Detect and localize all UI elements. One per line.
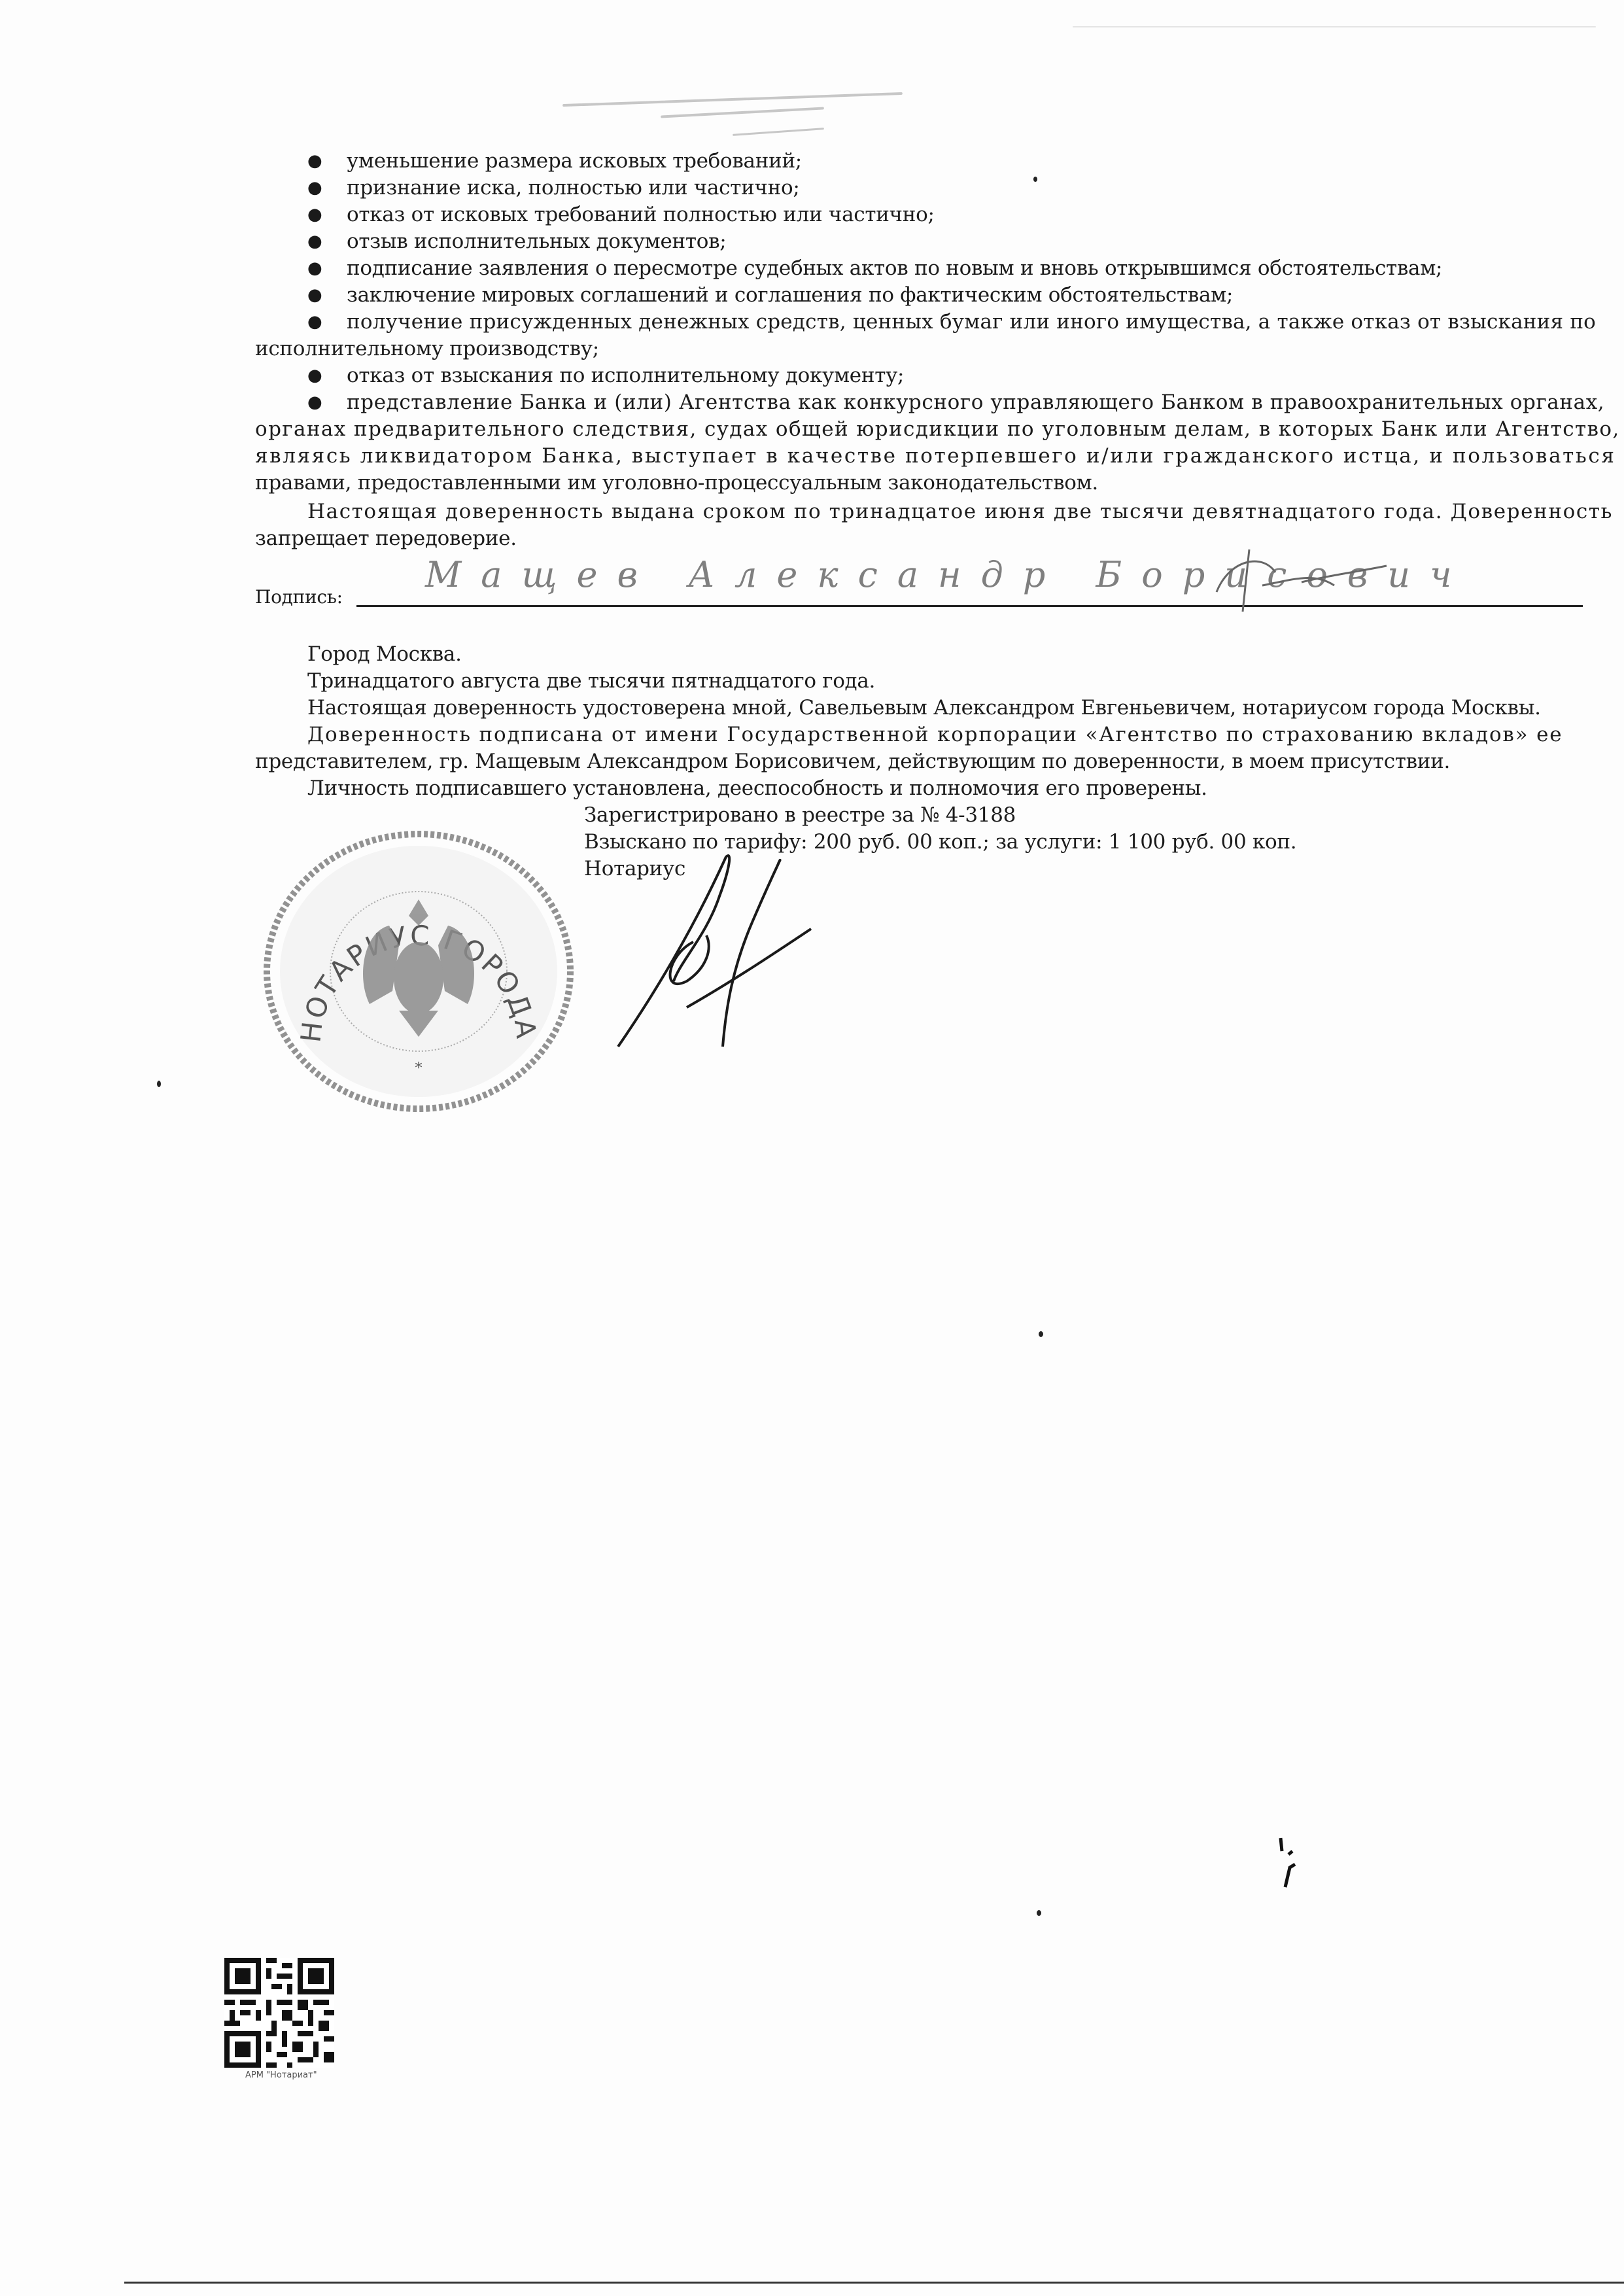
list-item: ●заключение мировых соглашений и соглаше… (307, 282, 1615, 309)
representation-line: являясь ликвидатором Банка, выступает в … (255, 443, 1624, 470)
scan-dot (1037, 1910, 1041, 1916)
list-item-continuation: исполнительному производству; (255, 336, 599, 362)
bullet-icon: ● (307, 309, 322, 336)
notary-signature-icon (615, 850, 863, 1060)
scan-artifact (1073, 26, 1596, 27)
notary-city: Город Москва. (307, 641, 462, 668)
list-item: ●отказ от исковых требований полностью и… (307, 201, 1615, 228)
notary-date: Тринадцатого августа две тысячи пятнадца… (307, 668, 875, 695)
signature-label: Подпись: (255, 583, 343, 610)
list-item: ●отзыв исполнительных документов; (307, 228, 1615, 255)
bullet-icon: ● (307, 362, 322, 389)
list-item: ●подписание заявления о пересмотре судеб… (307, 255, 1615, 282)
bullet-icon: ● (307, 201, 322, 228)
representation-line: правами, предоставленными им уголовно-пр… (255, 470, 1098, 496)
validity-text: запрещает передоверие. (255, 525, 517, 552)
qr-caption: АРМ "Нотариат" (245, 2070, 317, 2080)
bullet-icon: ● (307, 148, 322, 175)
scan-dot (157, 1081, 161, 1087)
qr-code (224, 1958, 334, 2068)
scan-artifact (733, 128, 824, 136)
scan-dot (1039, 1331, 1043, 1337)
list-item: ●уменьшение размера исковых требований; (307, 148, 1615, 175)
bullet-icon: ● (307, 389, 322, 416)
notary-signed: представителем, гр. Мащевым Александром … (255, 748, 1450, 775)
powers-list: ●уменьшение размера исковых требований; … (307, 148, 1615, 336)
scan-dot (1033, 177, 1037, 182)
signature-scribble-icon (1203, 546, 1400, 618)
bullet-icon: ● (307, 175, 322, 201)
notary-stamp: НОТАРИУС ГОРОДА МОСКВЫ САВЕЛЬЕВ А.Е. * (258, 827, 579, 1115)
notary-certified: Настоящая доверенность удостоверена мной… (307, 695, 1541, 722)
handwritten-mark-icon (1275, 1832, 1315, 1897)
list-item: ●представление Банка и (или) Агентства к… (307, 389, 1615, 416)
notary-identity: Личность подписавшего установлена, деесп… (307, 775, 1207, 802)
bullet-icon: ● (307, 282, 322, 309)
list-item: ●признание иска, полностью или частично; (307, 175, 1615, 201)
representation-line: органах предварительного следствия, суда… (255, 416, 1620, 443)
scan-artifact (661, 107, 824, 118)
bullet-icon: ● (307, 228, 322, 255)
list-item: ●получение присужденных денежных средств… (307, 309, 1615, 336)
page-bottom-edge (124, 2282, 1624, 2284)
registry-number: Зарегистрировано в реестре за № 4-3188 (584, 802, 1016, 829)
powers-list-2: ●отказ от взыскания по исполнительному д… (307, 362, 1615, 416)
validity-text: Настоящая доверенность выдана сроком по … (307, 498, 1613, 525)
list-item: ●отказ от взыскания по исполнительному д… (307, 362, 1615, 389)
notary-signed: Доверенность подписана от имени Государс… (307, 722, 1563, 748)
scan-artifact (562, 92, 903, 107)
bullet-icon: ● (307, 255, 322, 282)
document-page: ●уменьшение размера исковых требований; … (0, 0, 1624, 2296)
svg-text:*: * (415, 1060, 423, 1077)
